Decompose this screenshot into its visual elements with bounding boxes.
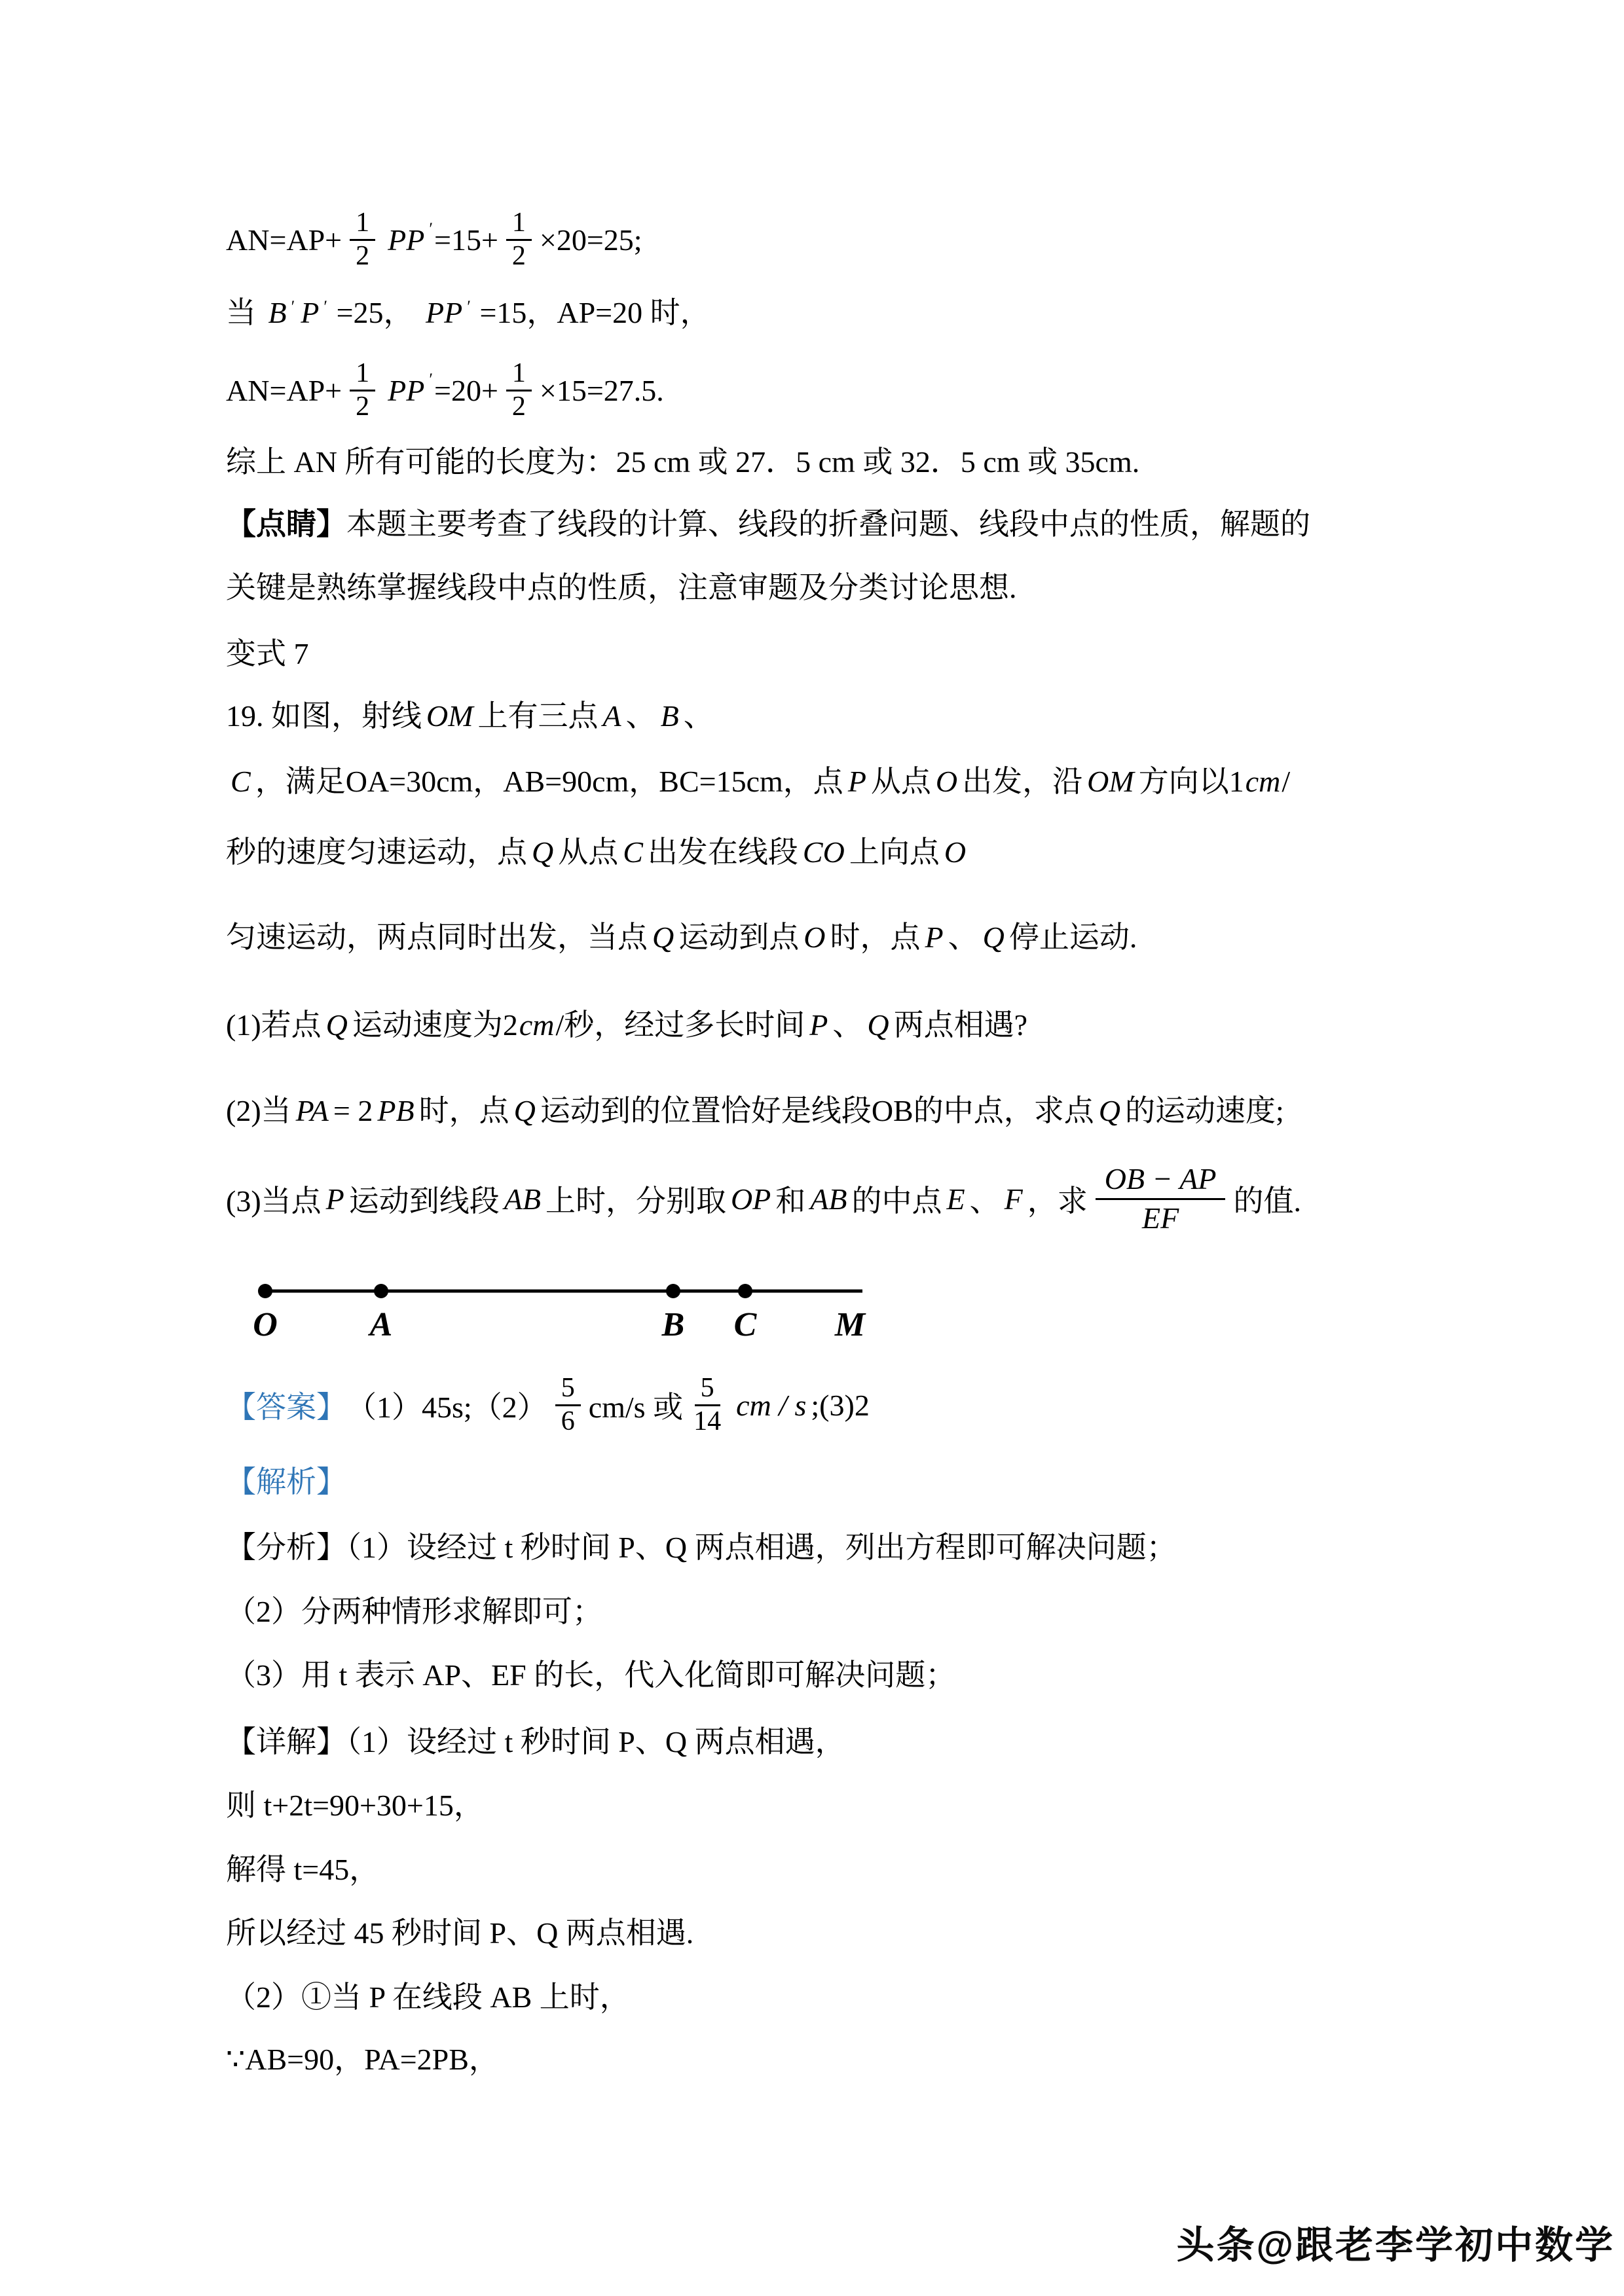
solution-line-9: ∵AB=90，PA=2PB，: [226, 2039, 499, 2080]
solution-text: （3）用 t 表示 AP、EF 的长，代入化简即可解决问题；: [226, 1658, 955, 1692]
variation-header-text: 变式 7: [226, 637, 309, 670]
math-var: PA: [291, 1094, 333, 1127]
math-var: PP: [383, 223, 429, 257]
fraction-denominator: 14: [691, 1406, 724, 1437]
text: 运动到点: [678, 920, 799, 954]
math-var: Q: [1094, 1094, 1125, 1127]
math-var: Q: [322, 1008, 352, 1042]
math-var: OM: [422, 699, 478, 733]
problem-line-2: C，满足OA=30cm，AB=90cm，BC=15cm，点P从点O出发，沿OM方…: [226, 761, 1290, 802]
problem-line-1: 19. 如图，射线OM上有三点A、B、: [226, 696, 714, 737]
text: 运动到的位置恰好是线段OB的中点，求点: [540, 1094, 1094, 1127]
text: (2)当: [226, 1094, 291, 1127]
fraction-ob-ap-over-ef: OB − APEF: [1096, 1162, 1226, 1236]
point-B-label: B: [661, 1306, 685, 1342]
solution-text: （2）①当 P 在线段 AB 上时，: [226, 1980, 630, 2014]
answer-label: 【答案】: [226, 1383, 346, 1427]
note-text: 本题主要考查了线段的计算、线段的折叠问题、线段中点的性质，解题的: [346, 507, 1310, 541]
prime-mark: ′: [429, 219, 434, 239]
text: /: [1282, 765, 1290, 798]
formula-text: AN=AP+: [226, 223, 342, 257]
text: 的中点: [851, 1177, 942, 1220]
text: 和: [775, 1177, 805, 1220]
text: 、: [684, 699, 714, 733]
math-var: B: [264, 296, 291, 329]
answer-line: 【答案】 （1）45s;（2） 56 cm/s 或 514 cm / s ;(3…: [226, 1362, 870, 1448]
number-line-svg: O A B C M: [249, 1262, 904, 1342]
question-1: (1)若点Q运动速度为2cm/秒，经过多长时间P、Q两点相遇?: [226, 1005, 1027, 1046]
math-var: P: [843, 765, 871, 798]
solution-line-8: （2）①当 P 在线段 AB 上时，: [226, 1977, 630, 2018]
fraction-denominator: 6: [559, 1406, 578, 1437]
point-O-dot: [258, 1284, 272, 1298]
answer-text: ;(3)2: [811, 1388, 869, 1423]
math-var: P: [805, 1008, 832, 1042]
text: 停止运动.: [1009, 920, 1137, 954]
point-B-dot: [666, 1284, 680, 1298]
fraction-denominator: 2: [353, 241, 372, 272]
text: 运动速度为2: [352, 1008, 518, 1042]
text: 、: [626, 699, 656, 733]
solution-line-4: 【详解】（1）设经过 t 秒时间 P、Q 两点相遇，: [226, 1722, 845, 1762]
fraction-numerator: OB − AP: [1096, 1162, 1226, 1200]
fraction-numerator: 1: [350, 358, 375, 391]
math-var: cm: [1244, 765, 1282, 798]
question-2: (2)当PA= 2PB时，点Q运动到的位置恰好是线段OB的中点，求点Q的运动速度…: [226, 1091, 1284, 1131]
point-O-label: O: [253, 1306, 278, 1342]
solution-text: ∵AB=90，PA=2PB，: [226, 2043, 499, 2076]
math-var: O: [799, 920, 830, 954]
text: =25，: [337, 296, 414, 329]
text: ，满足OA=30cm，AB=90cm，BC=15cm，点: [255, 765, 843, 798]
fraction-denominator: 2: [353, 392, 372, 422]
solution-text: （2）分两种情形求解即可；: [226, 1595, 602, 1628]
text: 上向点: [849, 835, 940, 869]
variation-header: 变式 7: [226, 634, 309, 674]
fraction-numerator: 5: [555, 1373, 581, 1406]
prime-mark: ′: [291, 297, 297, 316]
math-var: Q: [862, 1008, 893, 1042]
formula-text: AN=AP+: [226, 373, 342, 408]
fraction-5-6: 56: [555, 1373, 581, 1436]
summary-text: 综上 AN 所有可能的长度为：25 cm 或 27．5 cm 或 32．5 cm…: [226, 445, 1139, 479]
math-unit: cm / s: [731, 1388, 811, 1423]
math-var: PB: [373, 1094, 418, 1127]
math-var: A: [599, 699, 626, 733]
watermark: 头条@跟老李学初中数学: [1176, 2214, 1615, 2269]
text: 、: [970, 1177, 1000, 1220]
note-label: 【点睛】: [226, 507, 346, 541]
solution-line-2: （2）分两种情形求解即可；: [226, 1592, 602, 1632]
solution-text: 则 t+2t=90+30+15，: [226, 1789, 484, 1822]
math-var: P: [296, 296, 323, 329]
number-line-figure: O A B C M: [249, 1262, 904, 1345]
math-var: AB: [500, 1182, 545, 1216]
point-A-label: A: [368, 1306, 393, 1342]
math-var: B: [656, 699, 684, 733]
math-var: Q: [648, 920, 678, 954]
text: 出发，沿: [962, 765, 1082, 798]
math-var: Q: [527, 835, 558, 869]
text: 当: [226, 296, 256, 329]
math-var: C: [226, 765, 255, 798]
text: 两点相遇?: [894, 1008, 1027, 1042]
math-var: PP: [383, 373, 429, 408]
solution-text: 所以经过 45 秒时间 P、Q 两点相遇.: [226, 1916, 693, 1950]
fraction-one-half: 12: [506, 208, 532, 271]
solution-text: （1）设经过 t 秒时间 P、Q 两点相遇，列出方程即可解决问题；: [346, 1531, 1177, 1564]
note-text: 关键是熟练掌握线段中点的性质，注意审题及分类讨论思想.: [226, 571, 1017, 604]
text: 、: [948, 920, 978, 954]
math-var: cm: [518, 1008, 556, 1042]
text: 的值.: [1233, 1177, 1301, 1220]
text: 匀速运动，两点同时出发，当点: [226, 920, 648, 954]
formula-text: ×15=27.5.: [540, 373, 664, 408]
fraction-one-half: 12: [506, 358, 532, 422]
watermark-text: 头条@跟老李学初中数学: [1176, 2224, 1615, 2267]
fraction-one-half: 12: [350, 208, 375, 271]
math-var: C: [618, 835, 648, 869]
solution-text: 解得 t=45，: [226, 1853, 379, 1886]
math-var: Q: [509, 1094, 540, 1127]
fraction-numerator: 1: [506, 208, 532, 240]
text: 从点: [558, 835, 618, 869]
point-M-label: M: [834, 1306, 866, 1342]
text: 、: [832, 1008, 862, 1042]
text: = 2: [333, 1094, 373, 1127]
math-var: O: [940, 835, 970, 869]
math-var: P: [920, 920, 948, 954]
problem-line-3: 秒的速度匀速运动，点Q从点C出发在线段CO上向点O: [226, 832, 970, 873]
text: 19. 如图，射线: [226, 699, 422, 733]
math-var: AB: [805, 1182, 851, 1216]
prime-mark: ′: [467, 297, 472, 316]
text: 方向以1: [1139, 765, 1244, 798]
problem-line-4: 匀速运动，两点同时出发，当点Q运动到点O时，点P、Q停止运动.: [226, 917, 1137, 958]
prime-mark: ′: [429, 370, 434, 390]
document-page: AN=AP+ 12 PP′ =15+ 12 ×20=25; 当 B′P′ =25…: [0, 0, 1624, 2296]
text: 时，点: [419, 1094, 509, 1127]
formula-line-1: AN=AP+ 12 PP′ =15+ 12 ×20=25;: [226, 196, 642, 283]
math-var: CO: [798, 835, 849, 869]
detail-section-label: 【详解】: [226, 1725, 346, 1758]
fraction-denominator: 2: [509, 392, 528, 422]
math-var: F: [1000, 1182, 1027, 1216]
point-C-dot: [738, 1284, 752, 1298]
analysis-label: 【解析】: [226, 1465, 346, 1499]
formula-text: ×20=25;: [540, 223, 642, 257]
solution-line-6: 解得 t=45，: [226, 1850, 379, 1890]
text: ，求: [1027, 1177, 1088, 1220]
note-line-1: 【点睛】本题主要考查了线段的计算、线段的折叠问题、线段中点的性质，解题的: [226, 504, 1310, 545]
summary-line: 综上 AN 所有可能的长度为：25 cm 或 27．5 cm 或 32．5 cm…: [226, 442, 1139, 483]
formula-text: =15+: [434, 223, 498, 257]
fraction-one-half: 12: [350, 358, 375, 422]
text: 时，点: [830, 920, 920, 954]
fraction-denominator: 2: [509, 241, 528, 272]
answer-text: cm/s 或: [589, 1383, 683, 1427]
text: /秒，经过多长时间: [556, 1008, 805, 1042]
analysis-section-label: 【分析】: [226, 1531, 346, 1564]
math-var: P: [322, 1182, 349, 1216]
math-var: E: [942, 1182, 969, 1216]
math-var: PP: [421, 296, 467, 329]
solution-line-7: 所以经过 45 秒时间 P、Q 两点相遇.: [226, 1913, 693, 1954]
text: 出发在线段: [648, 835, 798, 869]
text: 从点: [871, 765, 931, 798]
analysis-header: 【解析】: [226, 1462, 346, 1503]
math-var: O: [931, 765, 962, 798]
text: 上时，分别取: [545, 1177, 726, 1220]
solution-line-3: （3）用 t 表示 AP、EF 的长，代入化简即可解决问题；: [226, 1655, 955, 1696]
text: =15，AP=20 时，: [479, 296, 710, 329]
text: 的运动速度;: [1125, 1094, 1284, 1127]
formula-line-2: AN=AP+ 12 PP′ =20+ 12 ×15=27.5.: [226, 347, 664, 433]
fraction-numerator: 1: [506, 358, 532, 391]
fraction-5-14: 514: [691, 1373, 724, 1436]
point-C-label: C: [734, 1306, 758, 1342]
math-var: Q: [978, 920, 1009, 954]
formula-text: =20+: [434, 373, 498, 408]
fraction-denominator: EF: [1139, 1200, 1181, 1236]
solution-line-5: 则 t+2t=90+30+15，: [226, 1785, 484, 1826]
condition-line: 当 B′P′ =25， PP′ =15，AP=20 时，: [226, 293, 710, 333]
text: 上有三点: [478, 699, 599, 733]
math-var: OP: [726, 1182, 775, 1216]
text: 运动到线段: [349, 1177, 500, 1220]
math-var: OM: [1082, 765, 1139, 798]
solution-text: （1）设经过 t 秒时间 P、Q 两点相遇，: [346, 1725, 845, 1758]
point-A-dot: [374, 1284, 388, 1298]
solution-line-1: 【分析】（1）设经过 t 秒时间 P、Q 两点相遇，列出方程即可解决问题；: [226, 1527, 1177, 1568]
note-line-2: 关键是熟练掌握线段中点的性质，注意审题及分类讨论思想.: [226, 568, 1017, 608]
answer-text: （1）45s;（2）: [346, 1383, 547, 1427]
text: (3)当点: [226, 1177, 322, 1220]
question-3: (3)当点P运动到线段AB上时，分别取OP和AB的中点E、F，求 OB − AP…: [226, 1156, 1301, 1242]
fraction-numerator: 5: [695, 1373, 720, 1406]
prime-mark: ′: [323, 297, 329, 316]
text: (1)若点: [226, 1008, 322, 1042]
text: 秒的速度匀速运动，点: [226, 835, 527, 869]
fraction-numerator: 1: [350, 208, 375, 240]
